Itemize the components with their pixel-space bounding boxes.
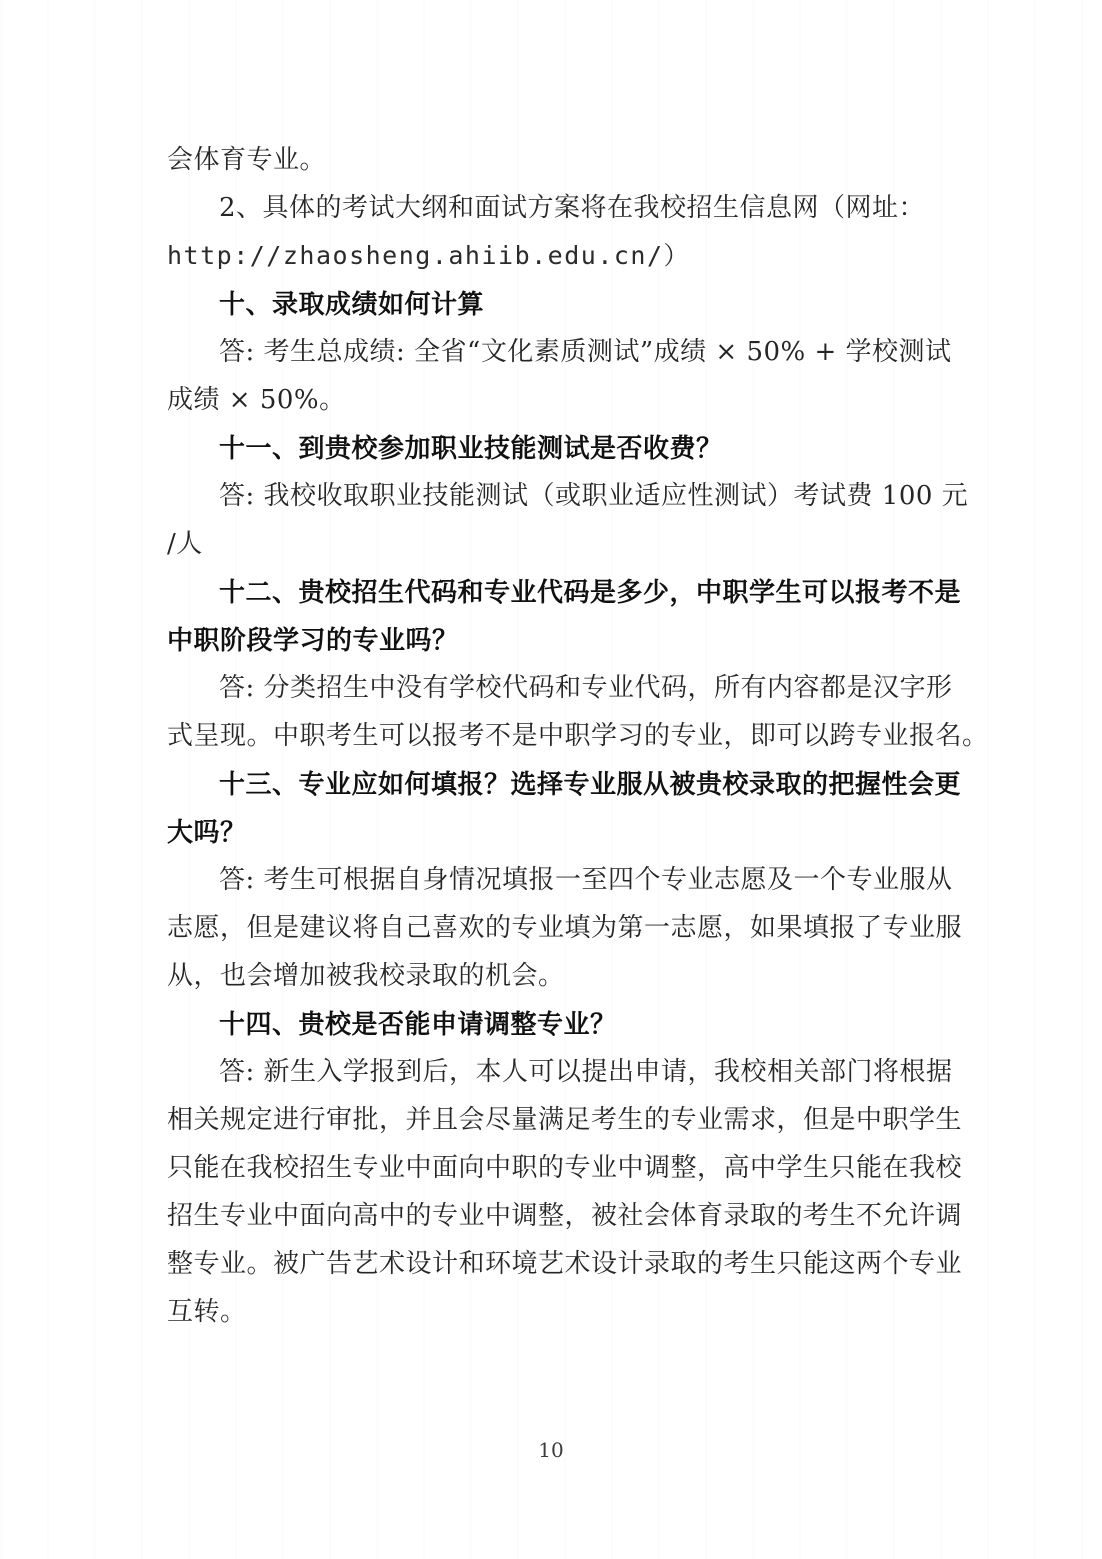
question-heading: 十一、到贵校参加职业技能测试是否收费？ [167,424,942,472]
question-heading: 中职阶段学习的专业吗？ [167,616,942,664]
text-line: 答: 新生入学报到后，本人可以提出申请，我校相关部门将根据 [167,1048,942,1096]
question-heading: 十、录取成绩如何计算 [167,280,942,328]
text-line: 2、具体的考试大纲和面试方案将在我校招生信息网（网址： [167,184,942,232]
page-number: 10 [0,1438,1102,1462]
text-line: 式呈现。中职考生可以报考不是中职学习的专业，即可以跨专业报名。 [167,712,942,760]
question-heading: 十三、专业应如何填报？选择专业服从被贵校录取的把握性会更 [167,760,942,808]
question-heading: 大吗？ [167,808,942,856]
text-line: 成绩 × 50%。 [167,376,942,424]
text-line: 答: 分类招生中没有学校代码和专业代码，所有内容都是汉字形 [167,664,942,712]
text-line: 答: 考生可根据自身情况填报一至四个专业志愿及一个专业服从 [167,856,942,904]
text-line: 相关规定进行审批，并且会尽量满足考生的专业需求，但是中职学生 [167,1096,942,1144]
text-line: 答: 考生总成绩: 全省“文化素质测试”成绩 × 50% + 学校测试 [167,328,942,376]
text-line: 招生专业中面向高中的专业中调整，被社会体育录取的考生不允许调 [167,1192,942,1240]
text-line: 整专业。被广告艺术设计和环境艺术设计录取的考生只能这两个专业 [167,1240,942,1288]
text-line: 会体育专业。 [167,136,942,184]
question-heading: 十二、贵校招生代码和专业代码是多少，中职学生可以报考不是 [167,568,942,616]
text-line: 从，也会增加被我校录取的机会。 [167,952,942,1000]
document-lines: 会体育专业。2、具体的考试大纲和面试方案将在我校招生信息网（网址：http://… [167,136,942,1336]
text-line: /人 [167,520,942,568]
text-line: 互转。 [167,1288,942,1336]
text-line: 答: 我校收取职业技能测试（或职业适应性测试）考试费 100 元 [167,472,942,520]
question-heading: 十四、贵校是否能申请调整专业？ [167,1000,942,1048]
url-text-line: http://zhaosheng.ahiib.edu.cn/） [167,232,942,280]
text-line: 只能在我校招生专业中面向中职的专业中调整，高中学生只能在我校 [167,1144,942,1192]
document-page: 会体育专业。2、具体的考试大纲和面试方案将在我校招生信息网（网址：http://… [0,0,1102,1559]
text-line: 志愿，但是建议将自己喜欢的专业填为第一志愿，如果填报了专业服 [167,904,942,952]
